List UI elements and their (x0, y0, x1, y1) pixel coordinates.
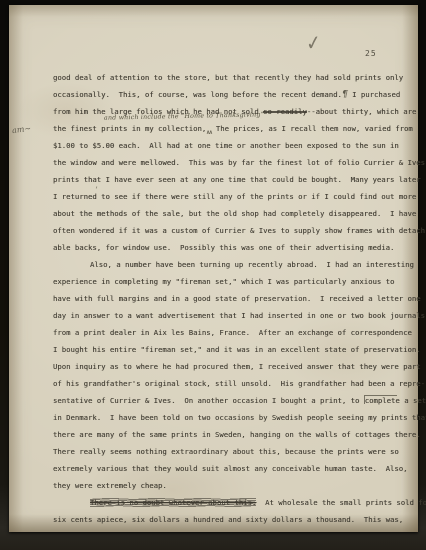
typed-line: prints that I have ever seen at any one … (53, 171, 425, 188)
typed-line: of his grandfather's original stock, sti… (53, 375, 425, 392)
line-text: extremely various that they would suit a… (53, 464, 408, 473)
line-text: about the methods of the sale, but the o… (53, 209, 416, 218)
typed-text-block: good deal of attention to the store, but… (53, 69, 425, 528)
line-text: have with full margins and in a good sta… (53, 294, 421, 303)
typed-line: have with full margins and in a good sta… (53, 290, 425, 307)
line-text: experience in completing my "fireman set… (53, 277, 394, 286)
typed-line: extremely various that they would suit a… (53, 460, 425, 477)
line-text: often wondered if it was a custom of Cur… (53, 226, 426, 235)
typed-line: about the methods of the sale, but the o… (53, 205, 425, 222)
typed-line: I returned to see if there were still an… (53, 188, 425, 205)
line-text: The prices, as I recall them now, varied… (211, 124, 412, 133)
line-text: occasionally. This, of course, was long … (53, 90, 342, 99)
line-text: day in answer to a want advertisement th… (53, 311, 426, 320)
line-text: At wholesale the small prints sold for (256, 498, 426, 507)
scribbled-out-text: There is no doubt whatever about this. (90, 498, 256, 507)
struck-out-text: so readily (263, 107, 307, 116)
line-text: sentative of Currier & Ives. On another … (53, 396, 364, 405)
typed-line: the finest prints in my collection,∧∧ Th… (53, 120, 425, 137)
typed-line: $1.00 to $5.00 each. All had at one time… (53, 137, 425, 154)
typed-line: experience in completing my "fireman set… (53, 273, 425, 290)
typed-line: sentative of Currier & Ives. On another … (53, 392, 425, 409)
typed-line: from a print dealer in Aix les Bains, Fr… (53, 324, 425, 341)
typed-line: occasionally. This, of course, was long … (53, 86, 425, 103)
line-text: Also, a number have been turning up rece… (90, 260, 414, 269)
line-text: I returned to see if there were still an… (53, 192, 416, 201)
typed-line: there are many of the same prints in Swe… (53, 426, 425, 443)
line-text: prints that I have ever seen at any one … (53, 175, 421, 184)
line-text: able backs, for window use. Possibly thi… (53, 243, 394, 252)
typed-line: able backs, for window use. Possibly thi… (53, 239, 425, 256)
pencil-checkmark-icon: ✓ (305, 31, 323, 57)
line-text: the finest prints in my collection, (53, 124, 206, 133)
pencil-bracket-mark (364, 395, 397, 404)
typed-line: they were extremely cheap. (53, 477, 425, 494)
typed-line: in Denmark. I have been told on two occa… (53, 409, 425, 426)
typed-line: the window and were mellowed. This was b… (53, 154, 425, 171)
line-text: from a print dealer in Aix les Bains, Fr… (53, 328, 412, 337)
line-text: in Denmark. I have been told on two occa… (53, 413, 426, 422)
typed-line: often wondered if it was a custom of Cur… (53, 222, 425, 239)
line-text: I purchased (348, 90, 401, 99)
line-text: $1.00 to $5.00 each. All had at one time… (53, 141, 399, 150)
line-text: --about thirty, which are (307, 107, 416, 116)
page-number: 25 (365, 49, 377, 58)
line-text: of his grandfather's original stock, sti… (53, 379, 425, 388)
photo-background: { "page": { "number": "25", "paper_color… (0, 0, 426, 550)
typed-line: There really seems nothing extraordinary… (53, 443, 425, 460)
line-text: Upon inquiry as to where he had procured… (53, 362, 421, 371)
line-text: six cents apiece, six dollars a hundred … (53, 515, 403, 524)
line-text: there are many of the same prints in Swe… (53, 430, 421, 439)
line-text: I bought his entire "fireman set," and i… (53, 345, 421, 354)
line-text: the window and were mellowed. This was b… (53, 158, 425, 167)
typed-line: from him the large folios which he had n… (53, 103, 425, 120)
typed-line: Upon inquiry as to where he had procured… (53, 358, 425, 375)
line-text: good deal of attention to the store, but… (53, 73, 403, 82)
typed-line-paragraph-start: Also, a number have been turning up rece… (53, 256, 425, 273)
line-text: they were extremely cheap. (53, 481, 167, 490)
typed-line: day in answer to a want advertisement th… (53, 307, 425, 324)
margin-note-handwriting: am~ (12, 124, 32, 135)
typed-line-paragraph-start: There is no doubt whatever about this. A… (53, 494, 425, 511)
typed-line: six cents apiece, six dollars a hundred … (53, 511, 425, 528)
line-text: from him the large folios which he had n… (53, 107, 263, 116)
typed-line: I bought his entire "fireman set," and i… (53, 341, 425, 358)
manuscript-page: ✓ 25 am~ and which include the “Home to … (9, 5, 418, 532)
line-text: There really seems nothing extraordinary… (53, 447, 399, 456)
typed-line: good deal of attention to the store, but… (53, 69, 425, 86)
